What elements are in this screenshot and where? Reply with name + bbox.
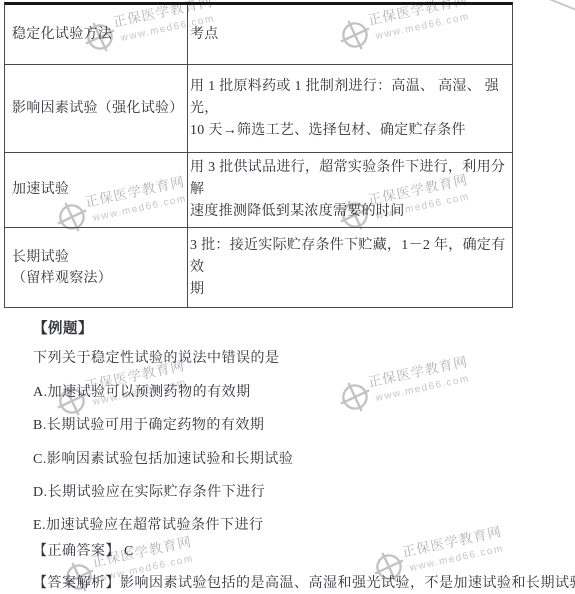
method-cell-long-term: 长期试验 （留样观察法） [5,228,188,307]
med66-logo-icon [338,380,372,414]
stability-test-table: 稳定化试验方法 考点 影响因素试验（强化试验） 用 1 批原料药或 1 批制剂进… [4,2,513,308]
point-cell-influencing-factors: 用 1 批原料药或 1 批制剂进行：高温、 高湿、 强光， 10 天→筛选工艺、… [188,65,512,153]
watermark-brand: 正保医学教育网 [366,350,469,391]
watermark-brand: 正保医学教育网 [400,520,503,561]
correct-answer-label: 【正确答案】 [33,544,120,559]
option-b: B.长期试验可用于确定药物的有效期 [33,414,264,434]
option-d: D.长期试验应在实际贮存条件下进行 [33,481,265,501]
point-cell-long-term: 3 批：接近实际贮存条件下贮藏，1－2 年，确定有效 期 [188,228,512,307]
question-stem: 下列关于稳定性试验的说法中错误的是 [33,347,280,367]
watermark-url: www.med66.com [375,373,471,404]
document-page: 正保医学教育网 www.med66.com 正保医学教育网 www.med66.… [0,0,575,594]
correct-answer-line: 【正确答案】C [33,540,134,560]
point-cell-accelerated: 用 3 批供试品进行，超常实验条件下进行，利用分解 速度推测降低到某浓度需要的时… [188,153,512,228]
correct-answer-value: C [124,544,134,559]
table-header-point: 考点 [188,5,512,65]
watermark: 正保医学教育网 www.med66.com [338,362,498,420]
scan-edge-artifact [547,0,575,13]
option-c: C.影响因素试验包括加速试验和长期试验 [33,448,293,468]
answer-analysis-line: 【答案解析】影响因素试验包括的是高温、高湿和强光试验，不是加速试验和长期试验。 [33,572,575,592]
table-header-method: 稳定化试验方法 [5,5,188,65]
watermark-url: www.med66.com [409,543,505,574]
example-section-label: 【例题】 [33,317,93,338]
method-cell-accelerated: 加速试验 [5,153,188,228]
method-cell-influencing-factors: 影响因素试验（强化试验） [5,65,188,153]
answer-analysis-text: 影响因素试验包括的是高温、高湿和强光试验，不是加速试验和长期试验。 [120,576,575,591]
option-e: E.加速试验应在超常试验条件下进行 [33,514,264,534]
answer-analysis-label: 【答案解析】 [33,576,120,591]
option-a: A.加速试验可以预测药物的有效期 [33,381,251,401]
